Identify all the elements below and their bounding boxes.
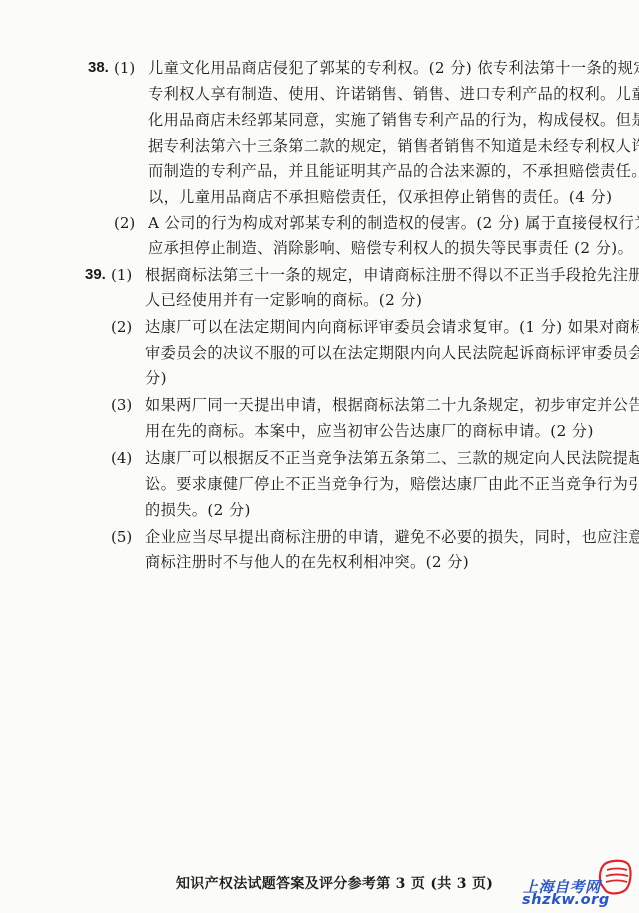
answer-line: 商标注册时不与他人的在先权利相冲突。(2 分) (145, 552, 469, 572)
page-footer: 知识产权法试题答案及评分参考第 3 页 (共 3 页) (176, 874, 493, 894)
answer-line: 人已经使用并有一定影响的商标。(2 分) (145, 290, 422, 310)
part-label-39-4: (4) (111, 448, 132, 468)
answer-line: 应承担停止制造、消除影响、赔偿专利权人的损失等民事责任 (2 分)。 (148, 238, 633, 258)
part-label-39-1: (1) (111, 265, 132, 285)
answer-line: 如果两厂同一天提出申请，根据商标法第二十九条规定，初步审定并公告使 (145, 395, 639, 415)
answer-line: 企业应当尽早提出商标注册的申请，避免不必要的损失，同时，也应注意在 (145, 527, 639, 547)
answer-line: 据专利法第六十三条第二款的规定，销售者销售不知道是未经专利权人许可 (148, 136, 639, 156)
exam-answer-page: 38. (1) 儿童文化用品商店侵犯了郭某的专利权。(2 分) 依专利法第十一条… (0, 0, 639, 913)
question-number-39: 39. (85, 265, 106, 285)
answer-line: 儿童文化用品商店侵犯了郭某的专利权。(2 分) 依专利法第十一条的规定: (148, 58, 639, 78)
answer-line: 分) (145, 368, 167, 388)
answer-line: 以，儿童用品商店不承担赔偿责任，仅承担停止销售的责任。(4 分) (148, 187, 612, 207)
answer-line: 根据商标法第三十一条的规定，申请商标注册不得以不正当手段抢先注册他 (145, 265, 639, 285)
part-label-39-3: (3) (111, 395, 132, 415)
part-label-39-5: (5) (111, 527, 132, 547)
answer-line: 专利权人享有制造、使用、许诺销售、销售、进口专利产品的权利。儿童文 (148, 84, 639, 104)
answer-line: 而制造的专利产品，并且能证明其产品的合法来源的，不承担赔偿责任。所 (148, 161, 639, 181)
part-label-39-2: (2) (111, 317, 132, 337)
question-number-38: 38. (88, 58, 109, 78)
answer-line: 的损失。(2 分) (145, 500, 251, 520)
answer-line: 达康厂可以根据反不正当竞争法第五条第二、三款的规定向人民法院提起诉 (145, 448, 639, 468)
site-watermark-logo: 上海自考网 shzkw.org (517, 858, 637, 908)
part-label-38-1: (1) (114, 58, 135, 78)
part-label-38-2: (2) (114, 213, 135, 233)
answer-line: 讼。要求康健厂停止不正当竞争行为，赔偿达康厂由此不正当竞争行为引起 (145, 474, 639, 494)
answer-line: 化用品商店未经郭某同意，实施了销售专利产品的行为，构成侵权。但是根 (148, 110, 639, 130)
site-domain: shzkw.org (522, 892, 610, 908)
answer-line: A 公司的行为构成对郭某专利的制造权的侵害。(2 分) 属于直接侵权行为， (148, 213, 639, 233)
answer-line: 达康厂可以在法定期间内向商标评审委员会请求复审。(1 分) 如果对商标评 (145, 317, 639, 337)
answer-line: 审委员会的决议不服的可以在法定期限内向人民法院起诉商标评审委员会 (1 (145, 343, 639, 363)
answer-line: 用在先的商标。本案中，应当初审公告达康厂的商标申请。(2 分) (145, 421, 594, 441)
fist-icon (597, 858, 633, 896)
